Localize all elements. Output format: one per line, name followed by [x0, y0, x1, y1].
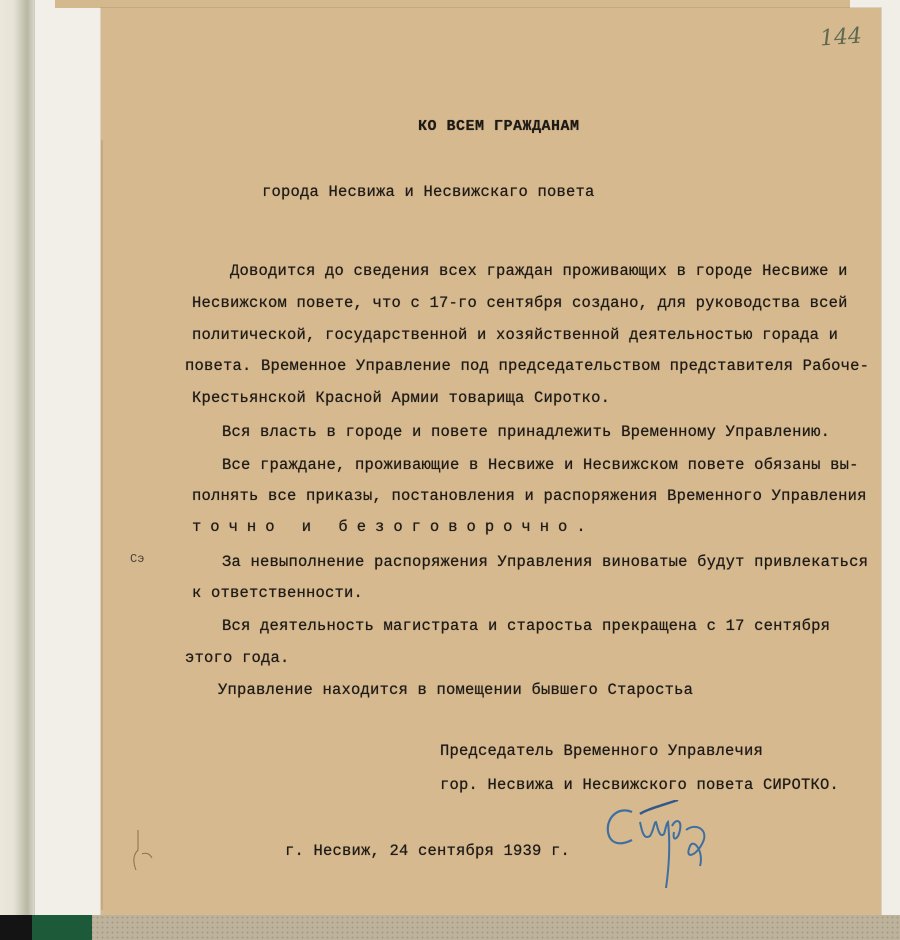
- document-heading: КО ВСЕМ ГРАЖДАНАМ: [418, 118, 580, 135]
- body-line: Вся деятельность магистрата и старостьа …: [222, 617, 830, 635]
- body-line: Доводится до сведения всех граждан прожи…: [230, 262, 848, 280]
- paper-crack-mark: [120, 830, 160, 880]
- body-line-emphasis: точно и безоговорочно.: [192, 518, 595, 536]
- body-line: к ответственности.: [192, 584, 363, 602]
- body-line: политической, государственной и хозяйств…: [192, 326, 838, 344]
- handwritten-signature-icon: [600, 800, 740, 895]
- body-line: За невыполнение распоряжения Управления …: [222, 553, 868, 571]
- green-binder-cover: [32, 915, 92, 940]
- underlying-white-sheet: [34, 0, 106, 915]
- binder-edge: [0, 0, 34, 915]
- folio-number: 144: [819, 24, 863, 52]
- body-line: этого года.: [185, 649, 290, 667]
- paper-top-edge: [55, 0, 850, 8]
- background-dark-corner: [0, 915, 32, 940]
- body-line: Крестьянской Красной Армии товарища Сиро…: [192, 389, 610, 407]
- body-line: Все граждане, проживающие в Несвиже и Не…: [222, 456, 859, 474]
- body-line: Управление находится в помещении бывшего…: [218, 681, 693, 699]
- body-line: повета. Временное Управление под председ…: [185, 357, 869, 375]
- place-and-date: г. Несвиж, 24 сентября 1939 г.: [285, 842, 570, 860]
- body-line: Несвижском повете, что с 17-го сентября …: [192, 294, 848, 312]
- margin-mark: Сэ: [130, 552, 144, 566]
- signatory-name-line: гор. Несвижа и Несвижского повета СИРОТК…: [440, 776, 839, 794]
- background-surface: [0, 915, 900, 940]
- document-subheading: города Несвижа и Несвижскаго повета: [262, 183, 595, 201]
- body-line: Вся власть в городе и повете принадлежит…: [222, 423, 830, 441]
- body-line: полнять все приказы, постановления и рас…: [192, 487, 867, 505]
- signatory-title: Председатель Временного Управлечия: [440, 742, 763, 760]
- paper-edge-shadow: [101, 140, 103, 910]
